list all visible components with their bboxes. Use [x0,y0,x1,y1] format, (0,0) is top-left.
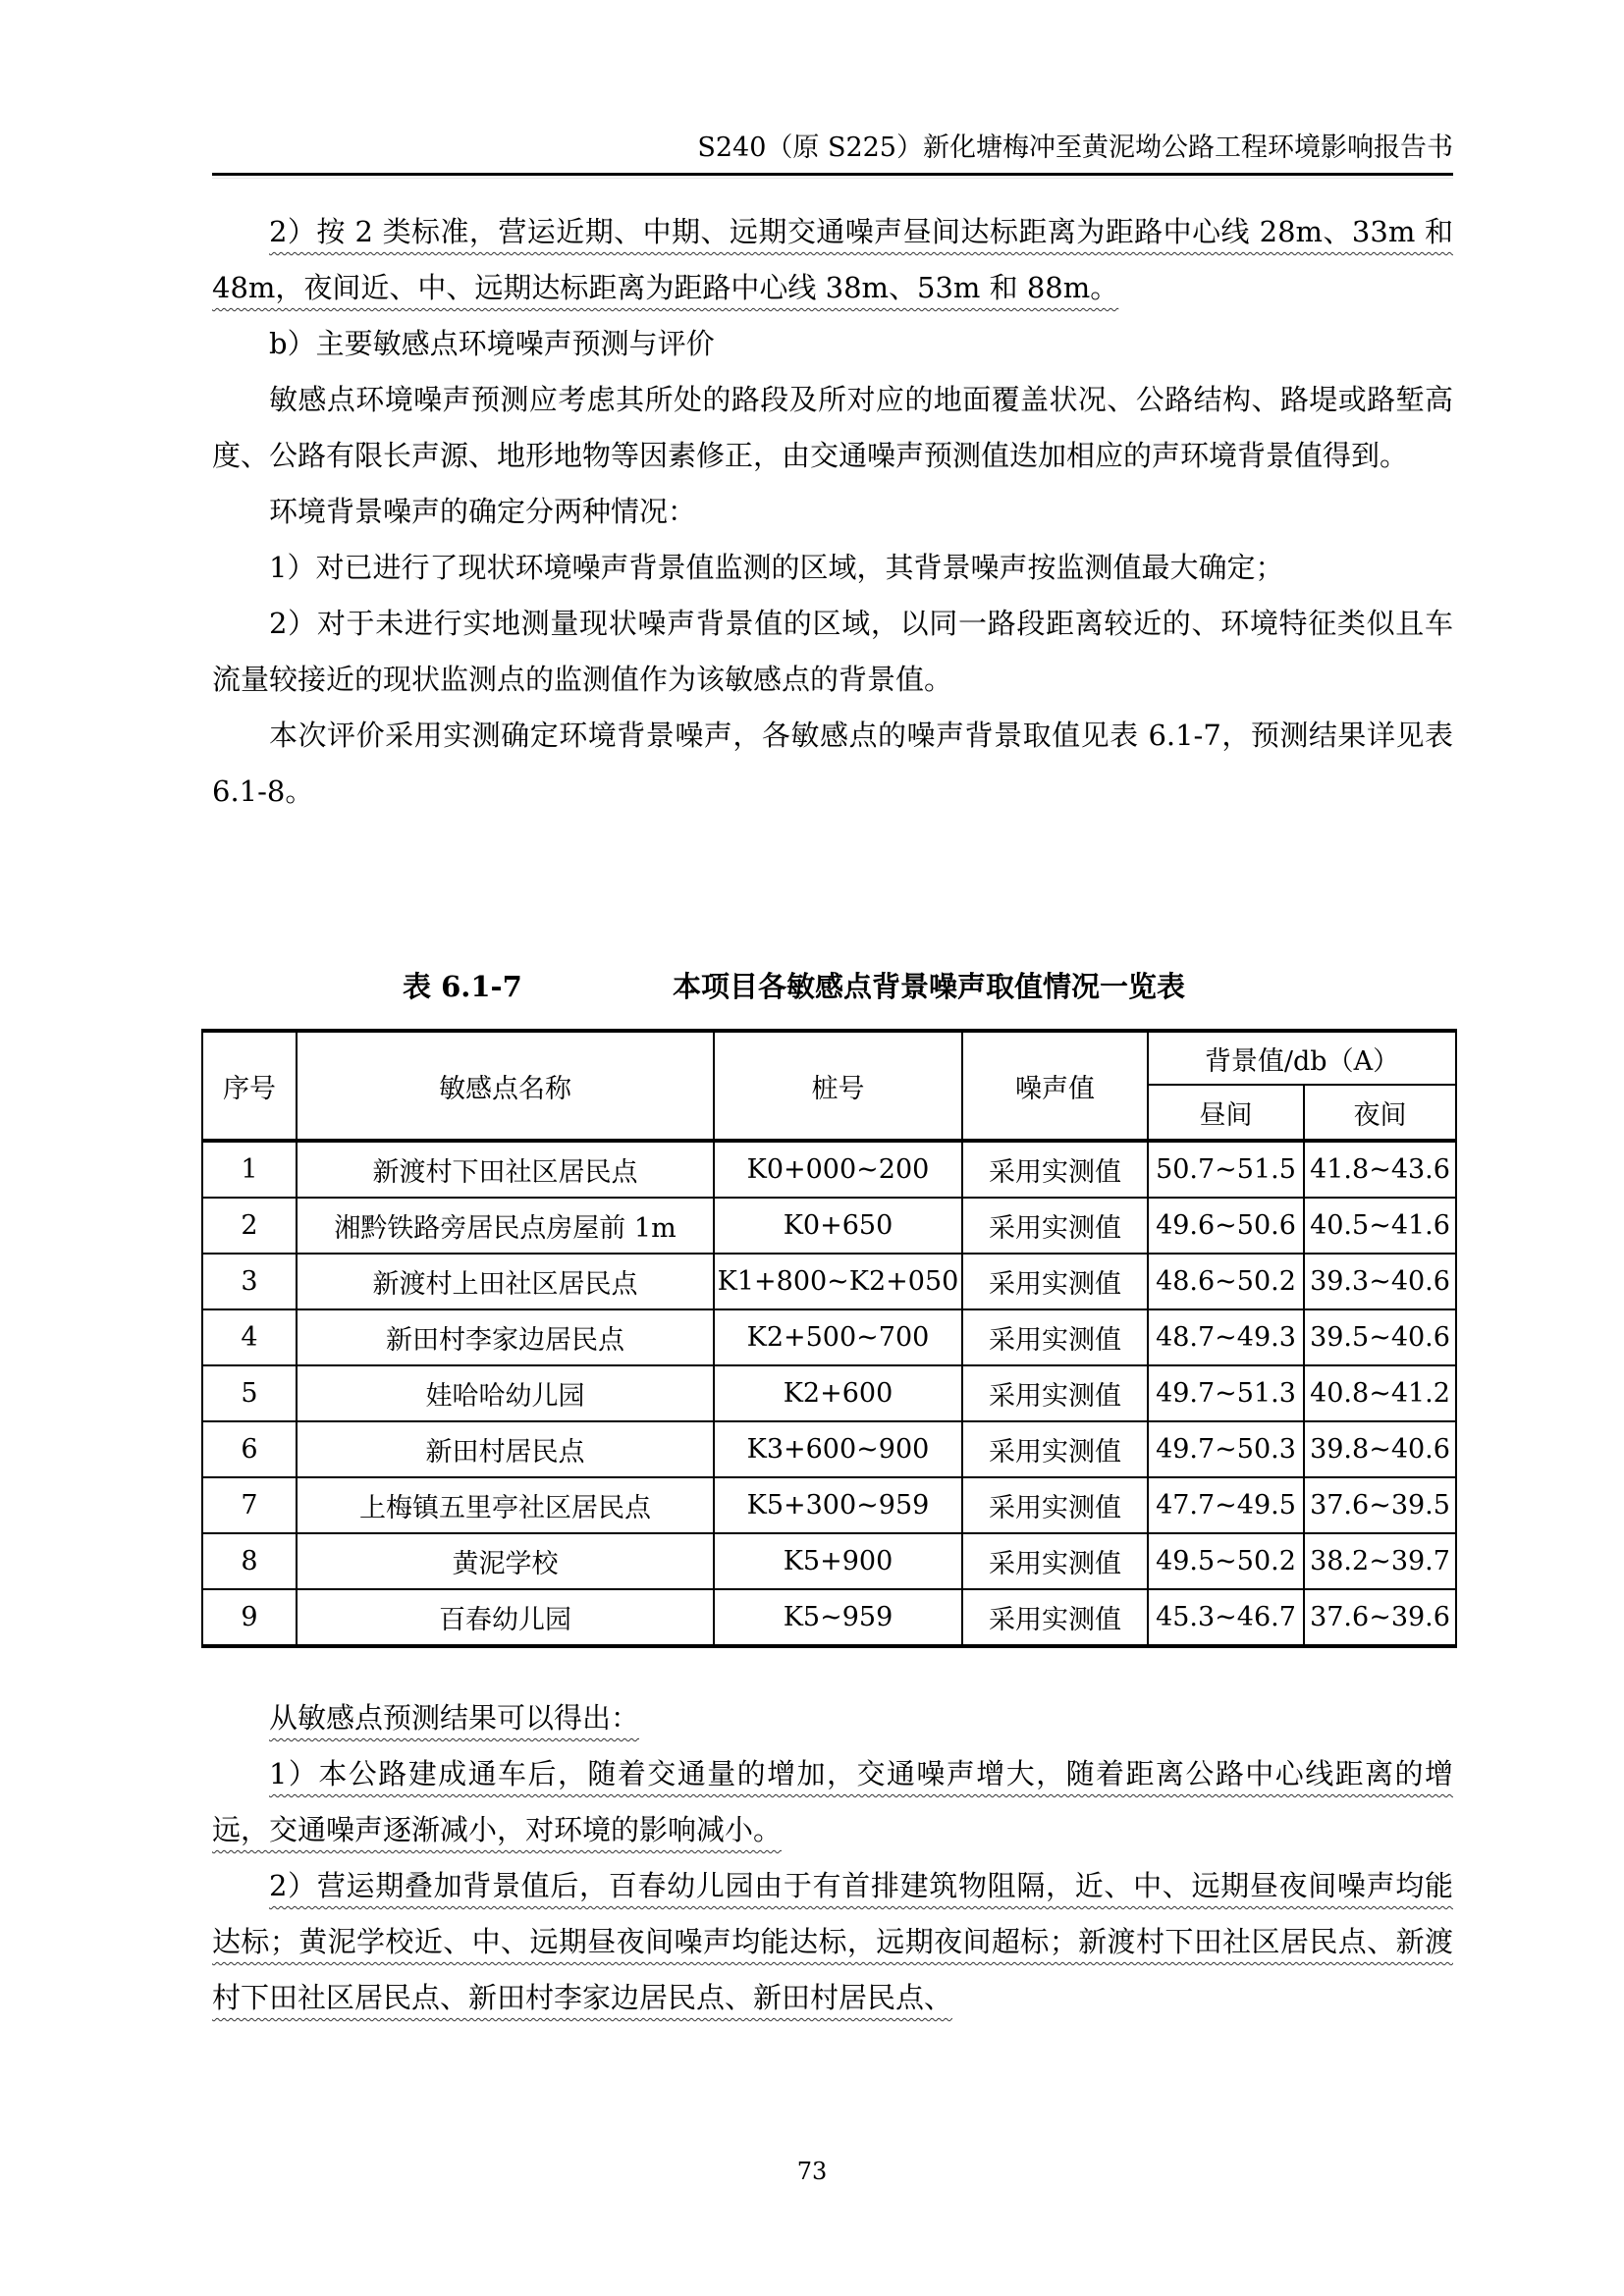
cell-noise: 采用实测值 [962,1421,1148,1477]
cell-station: K3+600~900 [714,1421,962,1477]
cell-index: 4 [202,1309,297,1365]
cell-name: 新田村李家边居民点 [297,1309,714,1365]
table-header-row: 序号 敏感点名称 桩号 噪声值 背景值/db（A） [202,1031,1456,1085]
paragraph-conclusion-2: 2）营运期叠加背景值后，百春幼儿园由于有首排建筑物阻隔，近、中、远期昼夜间噪声均… [212,1858,1453,2026]
cell-name: 百春幼儿园 [297,1589,714,1646]
cell-noise: 采用实测值 [962,1254,1148,1309]
cell-station: K2+600 [714,1365,962,1421]
cell-index: 1 [202,1141,297,1198]
background-noise-table: 序号 敏感点名称 桩号 噪声值 背景值/db（A） 昼间 夜间 1 新渡村下田社… [201,1029,1457,1648]
cell-index: 6 [202,1421,297,1477]
table-caption-title: 本项目各敏感点背景噪声取值情况一览表 [673,965,1185,1005]
col-header-noise: 噪声值 [962,1031,1148,1141]
cell-day: 47.7~49.5 [1148,1477,1304,1533]
cell-index: 8 [202,1533,297,1589]
cell-name: 黄泥学校 [297,1533,714,1589]
table-row: 8 黄泥学校 K5+900 采用实测值 49.5~50.2 38.2~39.7 [202,1533,1456,1589]
col-header-night: 夜间 [1304,1085,1456,1141]
cell-index: 2 [202,1198,297,1254]
paragraph-table-reference: 本次评价采用实测确定环境背景噪声，各敏感点的噪声背景取值见表 6.1-7，预测结… [212,708,1453,820]
col-header-station: 桩号 [714,1031,962,1141]
table-row: 5 娃哈哈幼儿园 K2+600 采用实测值 49.7~51.3 40.8~41.… [202,1365,1456,1421]
cell-night: 37.6~39.5 [1304,1477,1456,1533]
paragraph-conclusion-intro: 从敏感点预测结果可以得出： [212,1690,1453,1746]
cell-station: K1+800~K2+050 [714,1254,962,1309]
cell-night: 41.8~43.6 [1304,1141,1456,1198]
col-header-background: 背景值/db（A） [1148,1031,1456,1085]
page-header-title: S240（原 S225）新化塘梅冲至黄泥坳公路工程环境影响报告书 [212,132,1453,165]
col-header-day: 昼间 [1148,1085,1304,1141]
cell-station: K5+300~959 [714,1477,962,1533]
cell-day: 48.6~50.2 [1148,1254,1304,1309]
cell-noise: 采用实测值 [962,1141,1148,1198]
tracked-change-text: 1）本公路建成通车后，随着交通量的增加，交通噪声增大，随着距离公路中心线距离的增… [212,1757,1453,1846]
cell-index: 9 [202,1589,297,1646]
paragraph-distance-standard: 2）按 2 类标准，营运近期、中期、远期交通噪声昼间达标距离为距路中心线 28m… [212,204,1453,316]
cell-day: 49.6~50.6 [1148,1198,1304,1254]
cell-name: 新渡村上田社区居民点 [297,1254,714,1309]
cell-index: 7 [202,1477,297,1533]
body-text-top: 2）按 2 类标准，营运近期、中期、远期交通噪声昼间达标距离为距路中心线 28m… [212,204,1453,820]
cell-night: 39.5~40.6 [1304,1309,1456,1365]
cell-day: 49.7~50.3 [1148,1421,1304,1477]
cell-name: 湘黔铁路旁居民点房屋前 1m [297,1198,714,1254]
cell-station: K2+500~700 [714,1309,962,1365]
cell-day: 45.3~46.7 [1148,1589,1304,1646]
cell-name: 新渡村下田社区居民点 [297,1141,714,1198]
col-header-name: 敏感点名称 [297,1031,714,1141]
cell-name: 上梅镇五里亭社区居民点 [297,1477,714,1533]
table-row: 9 百春幼儿园 K5~959 采用实测值 45.3~46.7 37.6~39.6 [202,1589,1456,1646]
cell-station: K5~959 [714,1589,962,1646]
table-row: 3 新渡村上田社区居民点 K1+800~K2+050 采用实测值 48.6~50… [202,1254,1456,1309]
paragraph-section-heading-b: b）主要敏感点环境噪声预测与评价 [212,316,1453,372]
cell-station: K0+000~200 [714,1141,962,1198]
cell-day: 50.7~51.5 [1148,1141,1304,1198]
cell-index: 5 [202,1365,297,1421]
paragraph-conclusion-1: 1）本公路建成通车后，随着交通量的增加，交通噪声增大，随着距离公路中心线距离的增… [212,1746,1453,1858]
header-divider [212,173,1453,176]
cell-noise: 采用实测值 [962,1198,1148,1254]
cell-day: 49.5~50.2 [1148,1533,1304,1589]
cell-day: 49.7~51.3 [1148,1365,1304,1421]
cell-night: 37.6~39.6 [1304,1589,1456,1646]
tracked-change-text: 2）按 2 类标准，营运近期、中期、远期交通噪声昼间达标距离为距路中心线 28m… [212,215,1453,304]
table-row: 4 新田村李家边居民点 K2+500~700 采用实测值 48.7~49.3 3… [202,1309,1456,1365]
cell-night: 40.5~41.6 [1304,1198,1456,1254]
cell-name: 娃哈哈幼儿园 [297,1365,714,1421]
cell-noise: 采用实测值 [962,1589,1148,1646]
body-text-bottom: 从敏感点预测结果可以得出： 1）本公路建成通车后，随着交通量的增加，交通噪声增大… [212,1690,1453,2026]
page-number: 73 [0,2158,1624,2185]
tracked-change-text: 2）营运期叠加背景值后，百春幼儿园由于有首排建筑物阻隔，近、中、远期昼夜间噪声均… [212,1869,1453,2014]
cell-name: 新田村居民点 [297,1421,714,1477]
table-row: 1 新渡村下田社区居民点 K0+000~200 采用实测值 50.7~51.5 … [202,1141,1456,1198]
paragraph-background-cases: 环境背景噪声的确定分两种情况： [212,484,1453,540]
col-header-index: 序号 [202,1031,297,1141]
cell-night: 40.8~41.2 [1304,1365,1456,1421]
cell-noise: 采用实测值 [962,1477,1148,1533]
cell-index: 3 [202,1254,297,1309]
table-caption-number: 表 6.1-7 [403,965,522,1005]
paragraph-prediction-method: 敏感点环境噪声预测应考虑其所处的路段及所对应的地面覆盖状况、公路结构、路堤或路堑… [212,372,1453,484]
cell-night: 39.8~40.6 [1304,1421,1456,1477]
cell-noise: 采用实测值 [962,1309,1148,1365]
cell-night: 38.2~39.7 [1304,1533,1456,1589]
cell-night: 39.3~40.6 [1304,1254,1456,1309]
cell-noise: 采用实测值 [962,1533,1148,1589]
cell-station: K5+900 [714,1533,962,1589]
header-divider-thin [212,178,1453,179]
table-row: 7 上梅镇五里亭社区居民点 K5+300~959 采用实测值 47.7~49.5… [202,1477,1456,1533]
tracked-change-text: 从敏感点预测结果可以得出： [269,1701,639,1735]
cell-noise: 采用实测值 [962,1365,1148,1421]
cell-day: 48.7~49.3 [1148,1309,1304,1365]
paragraph-case-1: 1）对已进行了现状环境噪声背景值监测的区域，其背景噪声按监测值最大确定； [212,540,1453,596]
cell-station: K0+650 [714,1198,962,1254]
paragraph-case-2: 2）对于未进行实地测量现状噪声背景值的区域，以同一路段距离较近的、环境特征类似且… [212,596,1453,708]
table-row: 2 湘黔铁路旁居民点房屋前 1m K0+650 采用实测值 49.6~50.6 … [202,1198,1456,1254]
table-row: 6 新田村居民点 K3+600~900 采用实测值 49.7~50.3 39.8… [202,1421,1456,1477]
